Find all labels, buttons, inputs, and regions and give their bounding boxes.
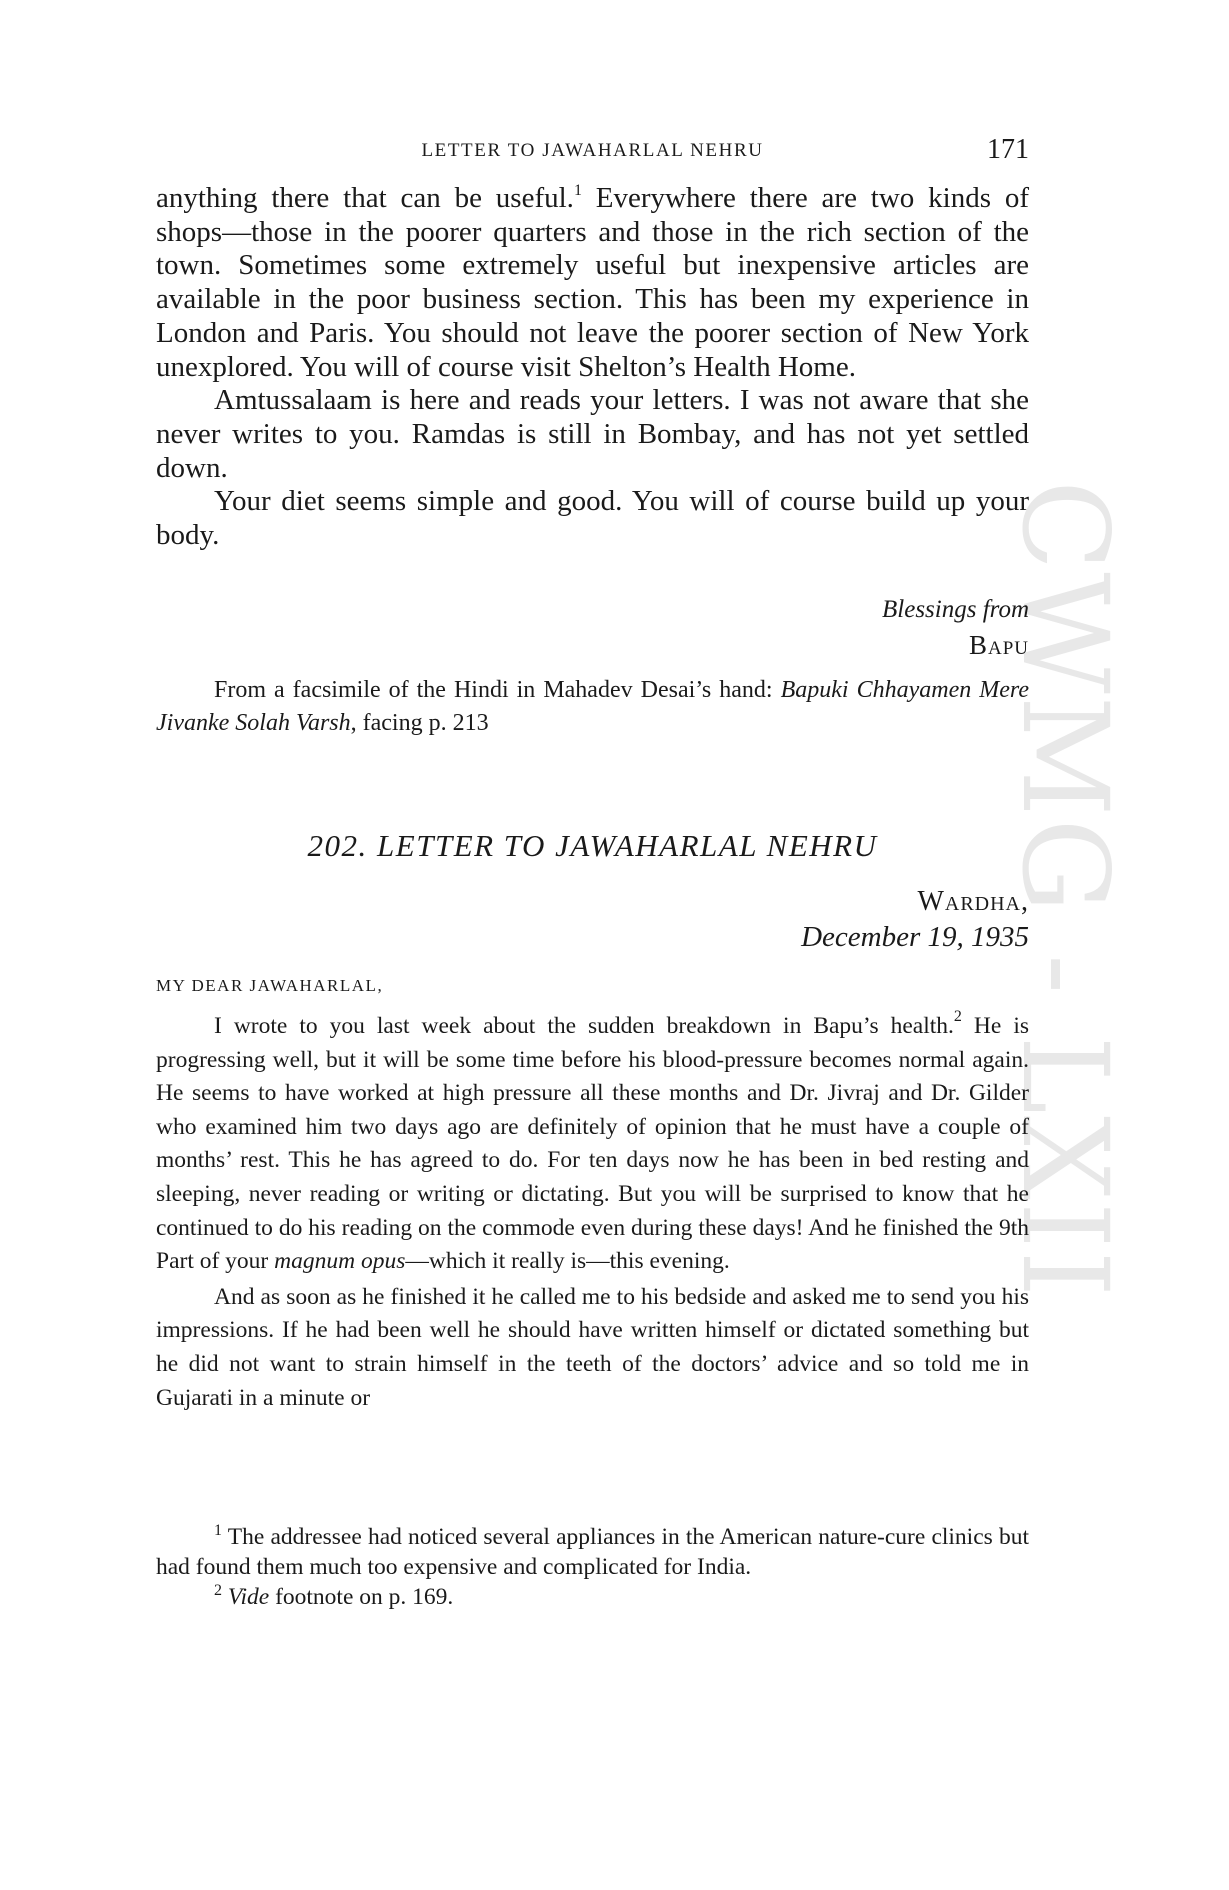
source-note: From a facsimile of the Hindi in Mahadev… <box>156 674 1029 740</box>
paragraph-text: He is progressing well, but it will be s… <box>156 1013 1029 1274</box>
page-number: 171 <box>987 134 1029 166</box>
continued-letter-body: anything there that can be useful.1 Ever… <box>156 182 1029 553</box>
source-prefix: From a facsimile of the Hindi in Mahadev… <box>214 677 781 703</box>
source-text: From a facsimile of the Hindi in Mahadev… <box>156 674 1029 740</box>
footnotes: 1 The addressee had noticed several appl… <box>156 1522 1029 1612</box>
footnote-ref: 1 <box>574 182 582 199</box>
paragraph: Your diet seems simple and good. You wil… <box>156 485 1029 552</box>
source-suffix: , facing p. 213 <box>351 710 489 736</box>
paragraph: anything there that can be useful.1 Ever… <box>156 182 1029 384</box>
signature: Bapu <box>882 628 1029 662</box>
footnote: 2 Vide footnote on p. 169. <box>156 1582 1029 1612</box>
footnote: 1 The addressee had noticed several appl… <box>156 1522 1029 1582</box>
footnote-number: 2 <box>214 1582 222 1599</box>
footnote-italic: Vide <box>228 1584 269 1610</box>
footnote-ref: 2 <box>954 1008 962 1025</box>
paragraph: I wrote to you last week about the sudde… <box>156 1010 1029 1279</box>
place: Wardha, <box>801 884 1029 920</box>
footnote-text: The addressee had noticed several applia… <box>156 1524 1029 1580</box>
footnote-text: footnote on p. 169. <box>269 1584 453 1610</box>
running-title: LETTER TO JAWAHARLAL NEHRU <box>156 140 1029 162</box>
salutation: MY DEAR JAWAHARLAL, <box>156 976 383 996</box>
running-head: LETTER TO JAWAHARLAL NEHRU 171 <box>156 134 1029 166</box>
closing-block: Blessings from Bapu <box>882 594 1029 662</box>
date: December 19, 1935 <box>801 920 1029 954</box>
footnote-number: 1 <box>214 1522 222 1539</box>
paragraph-text: —which it really is—this evening. <box>405 1248 729 1274</box>
document-heading: 202. LETTER TO JAWAHARLAL NEHRU <box>156 828 1029 864</box>
book-page: CWMG - LXII LETTER TO JAWAHARLAL NEHRU 1… <box>0 0 1229 1890</box>
paragraph-text: I wrote to you last week about the sudde… <box>214 1013 954 1039</box>
paragraph: And as soon as he finished it he called … <box>156 1281 1029 1415</box>
place-date: Wardha, December 19, 1935 <box>801 884 1029 954</box>
letter-body: I wrote to you last week about the sudde… <box>156 1010 1029 1415</box>
paragraph-text: anything there that can be useful. <box>156 182 574 214</box>
italic-phrase: magnum opus <box>274 1248 405 1274</box>
paragraph: Amtussalaam is here and reads your lette… <box>156 384 1029 485</box>
valediction: Blessings from <box>882 594 1029 626</box>
